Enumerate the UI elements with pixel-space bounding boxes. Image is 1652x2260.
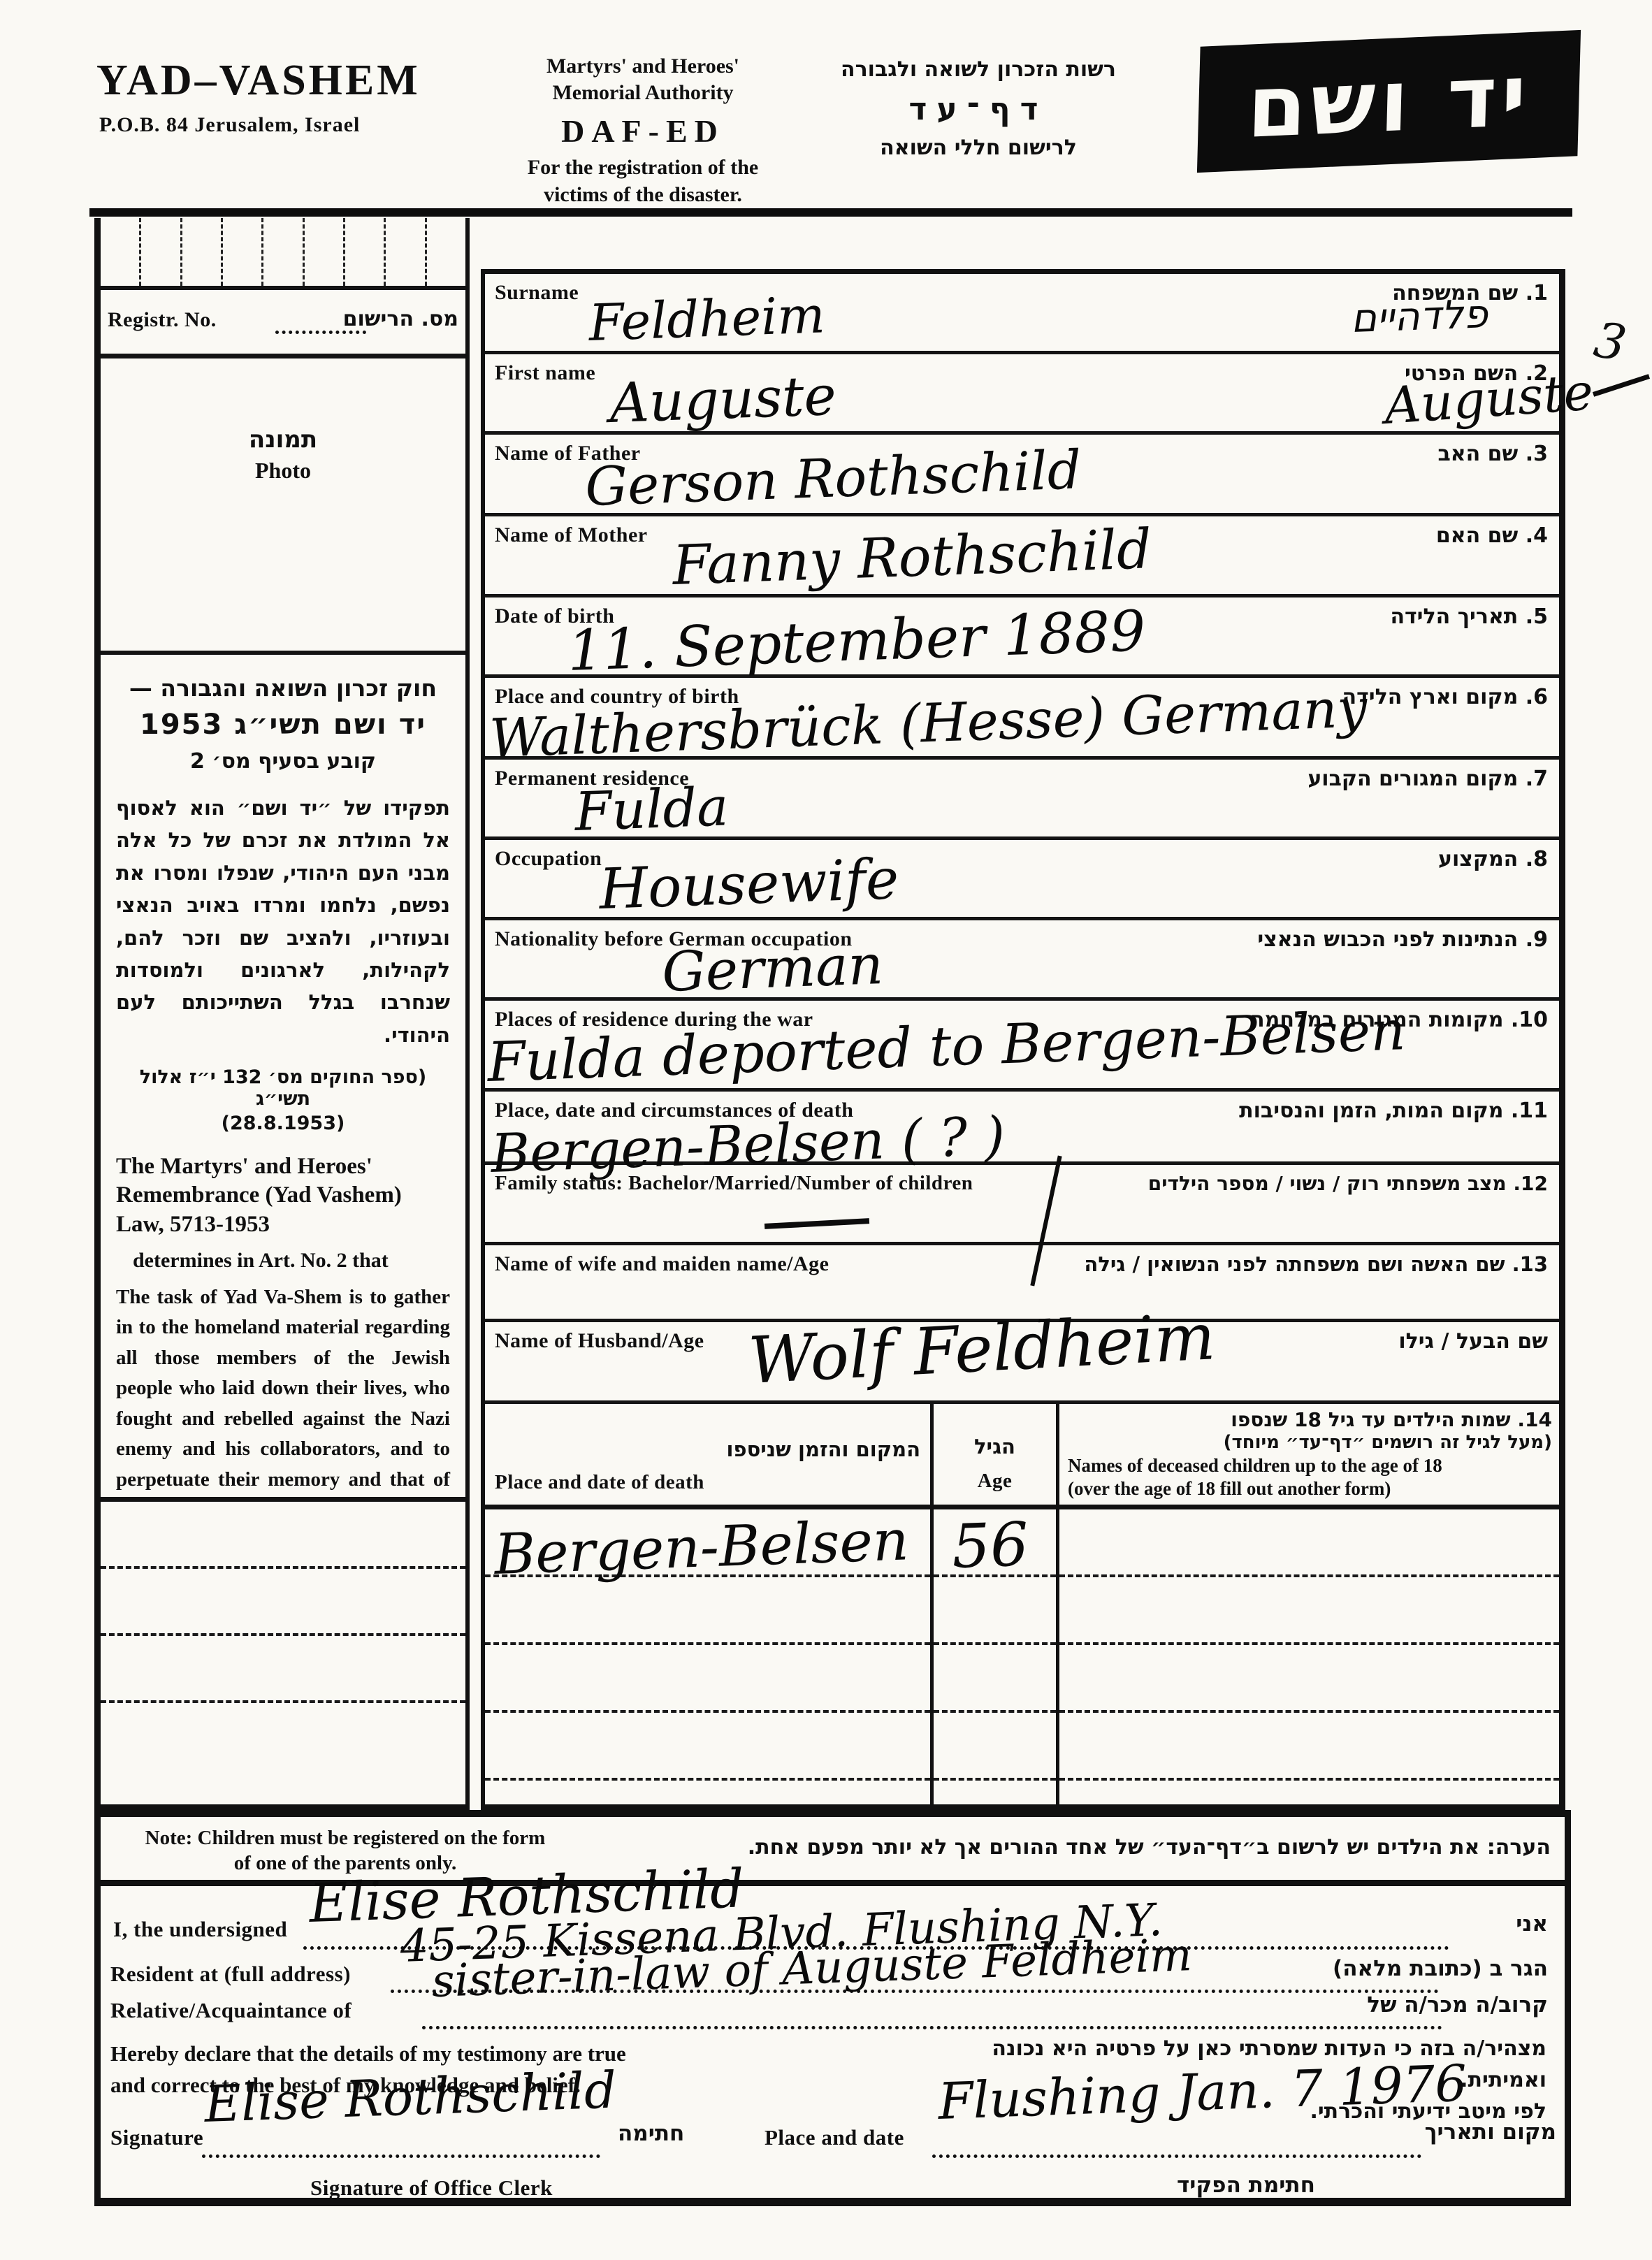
form-row-birth-date: Date of birth 5. תאריך הלידה 11. Septemb… bbox=[485, 597, 1559, 678]
signature-label-he: חתימה bbox=[618, 2121, 684, 2146]
form-row-death: Place, date and circumstances of death 1… bbox=[485, 1092, 1559, 1165]
signature-blank-line bbox=[202, 2153, 600, 2158]
handwritten-surname-hebrew: פלדהיים bbox=[1350, 291, 1488, 342]
field-label-en: Name of wife and maiden name/Age bbox=[495, 1252, 829, 1276]
form-code-he: דף־עד bbox=[825, 92, 1132, 127]
undersigned-label-en: I, the undersigned bbox=[113, 1917, 287, 1942]
handwritten-birth-date: 11. September 1889 bbox=[567, 598, 1147, 683]
cell-place-column: Bergen-Belsen bbox=[485, 1509, 934, 1804]
header-divider bbox=[89, 208, 1572, 217]
handwritten-age: 56 bbox=[951, 1509, 1030, 1582]
handwritten-nationality: German bbox=[661, 934, 884, 1004]
handwritten-residence: Fulda bbox=[574, 775, 730, 843]
field-label-he: 5. תאריך הלידה bbox=[1390, 604, 1548, 629]
header-center: Martyrs' and Heroes' Memorial Authority … bbox=[461, 53, 825, 208]
handwritten-margin-stroke bbox=[1593, 374, 1650, 397]
cell-names-column bbox=[1059, 1509, 1559, 1804]
field-label-he: 4. שם האם bbox=[1436, 523, 1548, 548]
field-label-he: שם הבעל / גילו bbox=[1398, 1329, 1548, 1354]
photo-label-he: תמונה bbox=[101, 426, 465, 454]
form-row-first-name: First name 2. השם הפרטי Auguste Auguste bbox=[485, 354, 1559, 435]
children-table-body: Bergen-Belsen 56 bbox=[485, 1509, 1559, 1804]
form-purpose-he: לרישום חללי השואה bbox=[825, 136, 1132, 160]
field-label-he: 11. מקום המות, הזמן והנסיבות bbox=[1239, 1099, 1548, 1123]
form-row-residence: Permanent residence 7. מקום המגורים הקבו… bbox=[485, 760, 1559, 840]
clerk-blank-line bbox=[618, 2199, 1156, 2204]
cell-age-column: 56 bbox=[934, 1509, 1059, 1804]
declaration-section: I, the undersigned Elise Rothschild אני … bbox=[94, 1886, 1571, 2206]
col-header-children-names: 14. שמות הילדים עד גיל 18 שנספו (מעל לגי… bbox=[1059, 1404, 1559, 1505]
col-header-age: הגיל Age bbox=[934, 1404, 1059, 1505]
form-row-surname: Surname 1. שם המשפחה Feldheim פלדהיים bbox=[485, 274, 1559, 354]
place-date-label-en: Place and date bbox=[765, 2125, 904, 2150]
form-code: DAF-ED bbox=[461, 113, 825, 150]
handwritten-margin-number: 3 bbox=[1590, 311, 1630, 372]
law-text-english: The Martyrs' and Heroes' Remembrance (Ya… bbox=[116, 1152, 450, 1502]
clerk-label-he: חתימת הפקיד bbox=[1177, 2173, 1315, 2198]
form-row-nationality: Nationality before German occupation 9. … bbox=[485, 920, 1559, 1001]
undersigned-label-he: אני bbox=[1516, 1911, 1548, 1936]
photo-label-en: Photo bbox=[101, 458, 465, 484]
org-title: YAD–VASHEM bbox=[96, 56, 421, 106]
authority-name: Martyrs' and Heroes' Memorial Authority bbox=[461, 53, 825, 106]
field-label-en: First name bbox=[495, 361, 595, 385]
note-text-he: הערה: את הילדים יש לרשום ב״דף־העד״ של אח… bbox=[748, 1835, 1551, 1860]
handwritten-first-name: Auguste bbox=[609, 365, 837, 435]
children-table-header: המקום והזמן שניספו Place and date of dea… bbox=[485, 1404, 1559, 1509]
field-label-en: Surname bbox=[495, 281, 579, 305]
resident-label-he: הגר ב (כתובת מלאה) bbox=[1333, 1956, 1548, 1981]
field-label-en: Name of Husband/Age bbox=[495, 1329, 704, 1353]
children-table: המקום והזמן שניספו Place and date of dea… bbox=[485, 1404, 1559, 1804]
col-header-place: המקום והזמן שניספו Place and date of dea… bbox=[485, 1404, 934, 1505]
field-label-he: 8. המקצוע bbox=[1438, 847, 1548, 871]
handwritten-mother-name: Fanny Rothschild bbox=[672, 518, 1152, 597]
relative-blank-line bbox=[422, 2024, 1442, 2029]
form-row-occupation: Occupation 8. המקצוע Housewife bbox=[485, 840, 1559, 920]
field-label-he: 9. הנתינות לפני הכבוש הנאצי bbox=[1257, 927, 1548, 952]
daf-ed-testimony-page: YAD–VASHEM P.O.B. 84 Jerusalem, Israel M… bbox=[0, 0, 1652, 2260]
law-text-hebrew: חוק זכרון השואה והגבורה — יד ושם תשי״ג 1… bbox=[116, 674, 450, 1134]
form-row-mother: Name of Mother 4. שם האם Fanny Rothschil… bbox=[485, 516, 1559, 597]
field-label-he: 12. מצב משפחתי רוק / נשוי / מספר הילדים bbox=[1148, 1172, 1548, 1195]
clerk-label-en: Signature of Office Clerk bbox=[310, 2175, 553, 2201]
field-label-he: 3. שם האב bbox=[1437, 442, 1548, 466]
sidebar: Registr. No. מס. הרישום תמונה Photo חוק … bbox=[94, 218, 470, 1810]
org-address: P.O.B. 84 Jerusalem, Israel bbox=[99, 113, 360, 137]
law-text-box: חוק זכרון השואה והגבורה — יד ושם תשי״ג 1… bbox=[101, 655, 465, 1502]
signature-label-en: Signature bbox=[110, 2125, 203, 2150]
photo-box: תמונה Photo bbox=[101, 358, 465, 655]
header-hebrew: רשות הזכרון לשואה ולגבורה דף־עד לרישום ח… bbox=[825, 57, 1132, 160]
form-row-war-residence: Places of residence during the war 10. מ… bbox=[485, 1001, 1559, 1092]
sidebar-blank-rows bbox=[101, 1502, 465, 1792]
handwritten-underline-married bbox=[765, 1218, 869, 1229]
form-row-father: Name of Father 3. שם האב Gerson Rothschi… bbox=[485, 435, 1559, 516]
field-label-en: Occupation bbox=[495, 847, 602, 871]
relative-label-en: Relative/Acquaintance of bbox=[110, 1998, 352, 2023]
place-date-label-he: מקום ותאריך bbox=[1425, 2120, 1556, 2145]
registration-number-row: Registr. No. מס. הרישום bbox=[101, 290, 465, 358]
handwritten-occupation: Housewife bbox=[598, 846, 900, 922]
yad-vashem-logo-stamp: יד ושם bbox=[1197, 30, 1581, 173]
form-row-birth-place: Place and country of birth 6. מקום וארץ … bbox=[485, 678, 1559, 760]
field-label-he: 13. שם האשה ושם משפחתה לפני הנשואין / גי… bbox=[1084, 1252, 1548, 1276]
registration-code-boxes bbox=[101, 218, 465, 290]
registr-label-en: Registr. No. bbox=[108, 308, 217, 332]
relative-label-he: קרוב/ה מכר/ה של bbox=[1367, 1992, 1548, 2018]
handwritten-father-name: Gerson Rothschild bbox=[584, 438, 1082, 518]
form-table: Surname 1. שם המשפחה Feldheim פלדהיים Fi… bbox=[481, 269, 1565, 1810]
field-label-he: 6. מקום וארץ הלידה bbox=[1342, 685, 1548, 709]
registr-label-he: מס. הרישום bbox=[343, 307, 458, 331]
field-label-he: 7. מקום המגורים הקבוע bbox=[1307, 767, 1548, 791]
form-row-husband: Name of Husband/Age שם הבעל / גילו Wolf … bbox=[485, 1322, 1559, 1404]
field-label-en: Name of Mother bbox=[495, 523, 648, 547]
place-date-blank-line bbox=[932, 2153, 1421, 2158]
handwritten-surname: Feldheim bbox=[588, 285, 826, 352]
resident-label-en: Resident at (full address) bbox=[110, 1962, 351, 1987]
form-purpose: For the registration of the victims of t… bbox=[461, 154, 825, 208]
authority-name-he: רשות הזכרון לשואה ולגבורה bbox=[825, 57, 1132, 82]
